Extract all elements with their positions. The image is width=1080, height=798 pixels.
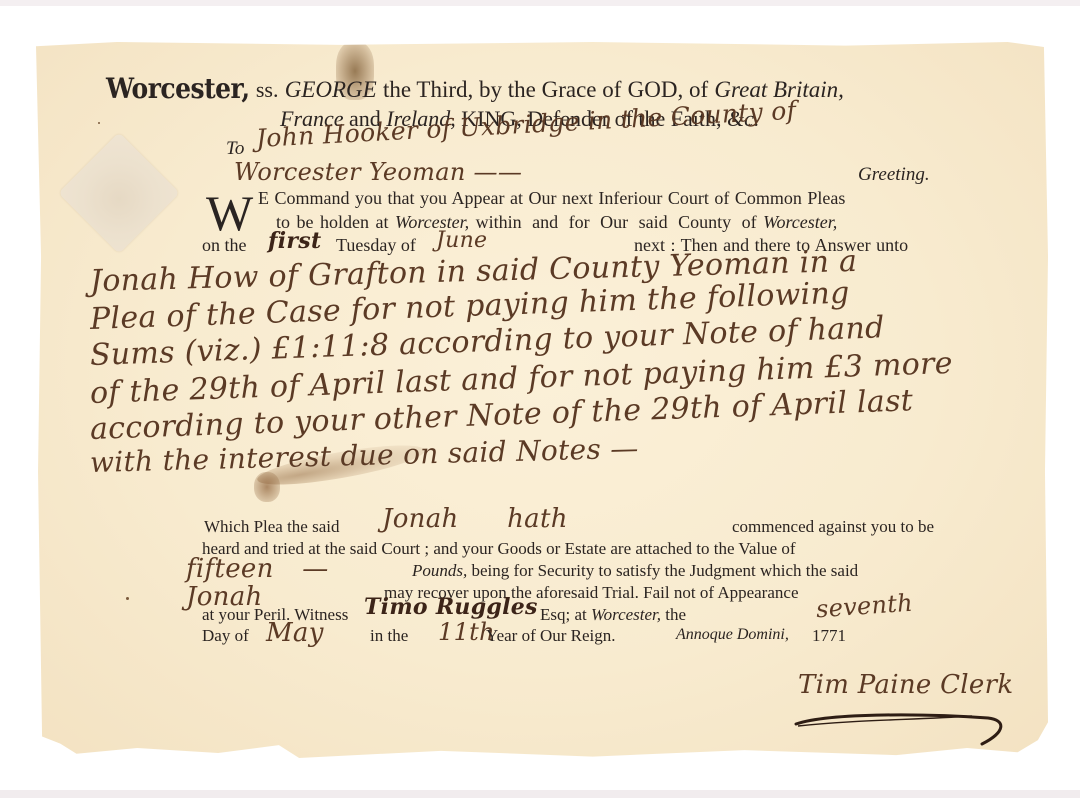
court-month-handwritten: June xyxy=(436,228,487,253)
speck xyxy=(98,122,100,124)
print-text: Worcester, xyxy=(591,605,661,624)
clerk-signature: Tim Paine Clerk xyxy=(798,670,1013,700)
king-name: GEORGE xyxy=(285,77,377,102)
scan-top-band xyxy=(0,0,1080,6)
court-week-handwritten: first xyxy=(268,228,321,254)
document-year: 1771 xyxy=(812,626,846,646)
defendant-residence-handwritten: Worcester Yeoman —— xyxy=(234,158,522,186)
print-text: Pounds, xyxy=(412,561,467,580)
print-text: Esq; at xyxy=(540,605,587,624)
plaintiff-handwritten: Jonah hath xyxy=(382,504,568,534)
witness-line-rest: Esq; at Worcester, the xyxy=(540,605,686,625)
print-text: Tuesday of xyxy=(336,235,416,256)
witness-handwritten: Timo Ruggles xyxy=(364,594,538,620)
document-paper: Worcester, ss. GEORGE the Third, by the … xyxy=(36,42,1048,758)
print-text: within and for Our said County of xyxy=(476,212,757,232)
day-handwritten: seventh xyxy=(815,589,914,624)
signature-flourish-icon xyxy=(792,702,1032,752)
command-line-1: E Command you that you Appear at Our nex… xyxy=(258,188,845,209)
greeting: Greeting. xyxy=(858,164,930,186)
month-handwritten: May xyxy=(266,618,324,648)
defendant-name-handwritten: John Hooker of Uxbridge in the County of xyxy=(255,96,797,153)
paper-patch-stain xyxy=(58,132,180,254)
print-text: Annoque Domini, xyxy=(676,626,789,644)
print-text: Which Plea the said xyxy=(204,517,340,537)
command-line-2: to be holden at Worcester, within and fo… xyxy=(276,212,837,233)
print-text: being for Security to satisfy the Judgme… xyxy=(472,561,859,580)
header-text: GOD xyxy=(628,77,678,102)
print-text: commenced against you to be xyxy=(732,517,934,537)
print-text: Worcester, xyxy=(763,212,837,232)
ink-blot xyxy=(254,472,280,502)
print-text: in the xyxy=(370,626,408,646)
command-line-3: on the xyxy=(202,235,247,256)
drop-cap: W xyxy=(206,188,253,238)
speck xyxy=(126,597,129,600)
scan-bottom-band xyxy=(0,790,1080,798)
ss-mark: ss. xyxy=(256,77,279,102)
pounds-line: Pounds, being for Security to satisfy th… xyxy=(412,561,858,581)
to-label: To xyxy=(226,138,244,160)
print-text: on the xyxy=(202,235,247,255)
print-text: Day of xyxy=(202,626,249,646)
print-text: Year of Our Reign. xyxy=(486,626,616,646)
header-text: the Third, by the Grace of xyxy=(383,77,621,102)
print-text: the xyxy=(665,605,686,624)
scan-frame: Worcester, ss. GEORGE the Third, by the … xyxy=(0,0,1080,798)
attachment-value-handwritten: fifteen — xyxy=(186,554,329,584)
header-text: , of xyxy=(678,77,709,102)
county-name: Worcester, xyxy=(106,72,250,104)
